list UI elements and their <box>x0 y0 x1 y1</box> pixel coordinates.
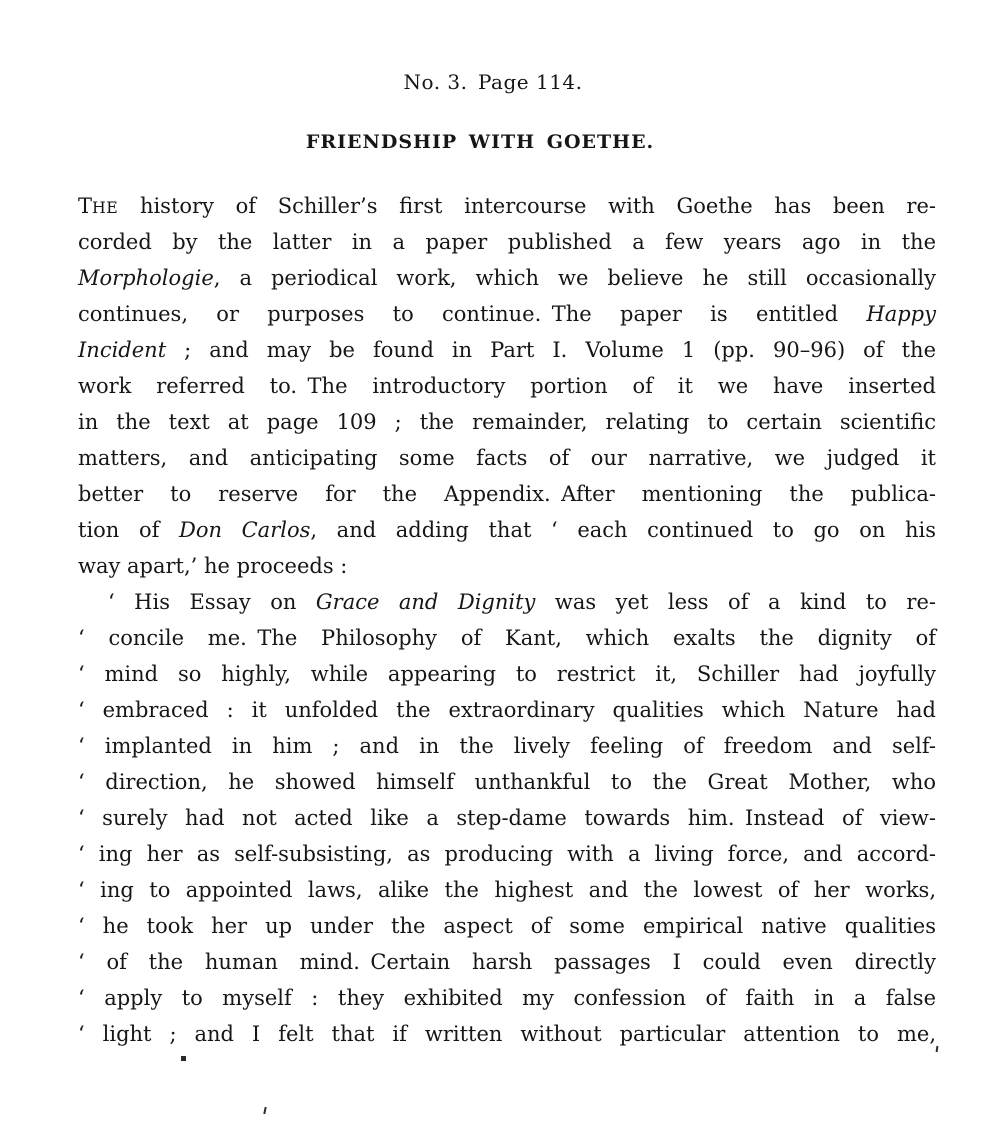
text-line: ‘ light ; and I felt that if written wit… <box>78 1016 936 1052</box>
text-line: matters, and anticipating some facts of … <box>78 440 936 476</box>
book-page: No. 3. Page 114. FRIENDSHIP WITH GOETHE.… <box>0 0 1000 1134</box>
page-number-header: No. 3. Page 114. <box>0 70 986 94</box>
scan-artifact <box>263 1107 266 1114</box>
text-line: ‘ of the human mind. Certain harsh passa… <box>78 944 936 980</box>
text-line: ‘ surely had not acted like a step-dame … <box>78 800 936 836</box>
text-line: Morphologie, a periodical work, which we… <box>78 260 936 296</box>
text-line: in the text at page 109 ; the remainder,… <box>78 404 936 440</box>
body-text: THE history of Schiller’s first intercou… <box>78 188 936 1052</box>
text-line: ‘ direction, he showed himself unthankfu… <box>78 764 936 800</box>
text-line: ‘ embraced : it unfolded the extraordina… <box>78 692 936 728</box>
text-line: corded by the latter in a paper publishe… <box>78 224 936 260</box>
scan-artifact <box>181 1056 186 1061</box>
chapter-title: FRIENDSHIP WITH GOETHE. <box>0 131 960 153</box>
text-line: ‘ apply to myself : they exhibited my co… <box>78 980 936 1016</box>
text-line: tion of Don Carlos, and adding that ‘ ea… <box>78 512 936 548</box>
text-line: ‘ concile me. The Philosophy of Kant, wh… <box>78 620 936 656</box>
text-line: ‘ he took her up under the aspect of som… <box>78 908 936 944</box>
text-line: better to reserve for the Appendix. Afte… <box>78 476 936 512</box>
text-line: ‘ ing her as self-subsisting, as produci… <box>78 836 936 872</box>
text-line: ‘ His Essay on Grace and Dignity was yet… <box>78 584 936 620</box>
text-line: way apart,’ he proceeds : <box>78 548 936 584</box>
scan-artifact <box>936 1046 939 1052</box>
text-line: ‘ implanted in him ; and in the lively f… <box>78 728 936 764</box>
text-line: ‘ ing to appointed laws, alike the highe… <box>78 872 936 908</box>
text-line: ‘ mind so highly, while appearing to res… <box>78 656 936 692</box>
text-line: continues, or purposes to continue. The … <box>78 296 936 332</box>
text-line: THE history of Schiller’s first intercou… <box>78 188 936 224</box>
text-line: work referred to. The introductory porti… <box>78 368 936 404</box>
text-line: Incident ; and may be found in Part I. V… <box>78 332 936 368</box>
